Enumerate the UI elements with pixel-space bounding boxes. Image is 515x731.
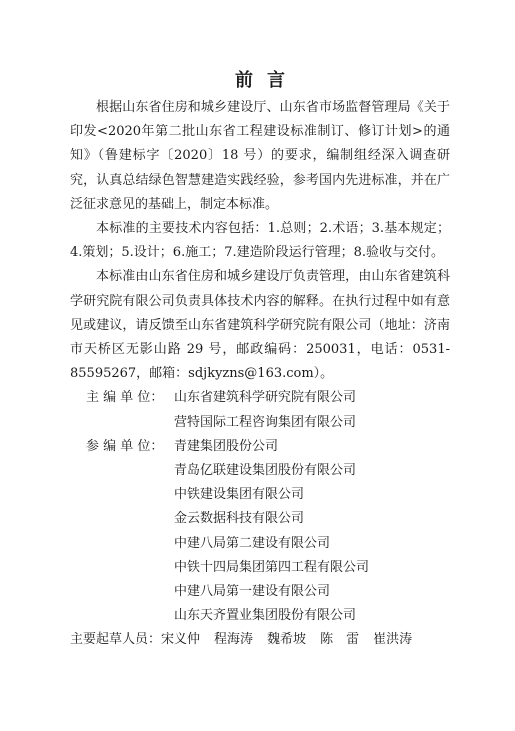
paragraph-background: 根据山东省住房和城乡建设厅、山东省市场监督管理局《关于印发<2020年第二批山东… [70, 96, 450, 217]
chief-editor-label: 主 编 单 位： [70, 386, 174, 410]
participating-unit: 青岛亿联建设集团股份有限公司 [174, 459, 450, 483]
document-page: 前言 根据山东省住房和城乡建设厅、山东省市场监督管理局《关于印发<2020年第二… [70, 66, 450, 653]
participating-unit: 青建集团股份公司 [174, 435, 450, 459]
paragraph-management: 本标准由山东省住房和城乡建设厅负责管理，由山东省建筑科学研究院有限公司负责具体技… [70, 265, 450, 386]
participating-unit: 中建八局第一建设有限公司 [174, 580, 450, 604]
drafter-name: 陈 雷 [320, 628, 359, 652]
chief-editor-unit: 山东省建筑科学研究院有限公司 [174, 386, 450, 410]
page-title: 前言 [70, 66, 450, 96]
drafter-name: 程海涛 [214, 628, 253, 652]
drafters: 主要起草人员： 宋义仲 程海涛 魏希坡 陈 雷 崔洪涛 [70, 628, 450, 652]
chief-editor-units: 主 编 单 位： 山东省建筑科学研究院有限公司 营特国际工程咨询集团有限公司 [70, 386, 450, 434]
participating-label: 参 编 单 位： [70, 435, 174, 459]
participating-unit: 山东天齐置业集团股份有限公司 [174, 604, 450, 628]
drafter-name: 宋义仲 [161, 628, 200, 652]
chief-editor-unit: 营特国际工程咨询集团有限公司 [174, 411, 450, 435]
participating-unit: 中建八局第二建设有限公司 [174, 532, 450, 556]
drafter-name: 魏希坡 [267, 628, 306, 652]
drafters-label: 主要起草人员： [70, 628, 161, 652]
participating-unit: 金云数据科技有限公司 [174, 507, 450, 531]
participating-units: 参 编 单 位： 青建集团股份公司 青岛亿联建设集团股份有限公司 中铁建设集团有… [70, 435, 450, 629]
participating-unit: 中铁建设集团有限公司 [174, 483, 450, 507]
drafter-name: 崔洪涛 [373, 628, 412, 652]
participating-unit: 中铁十四局集团第四工程有限公司 [174, 556, 450, 580]
paragraph-contents: 本标准的主要技术内容包括：1.总则；2.术语；3.基本规定；4.策划；5.设计；… [70, 217, 450, 265]
